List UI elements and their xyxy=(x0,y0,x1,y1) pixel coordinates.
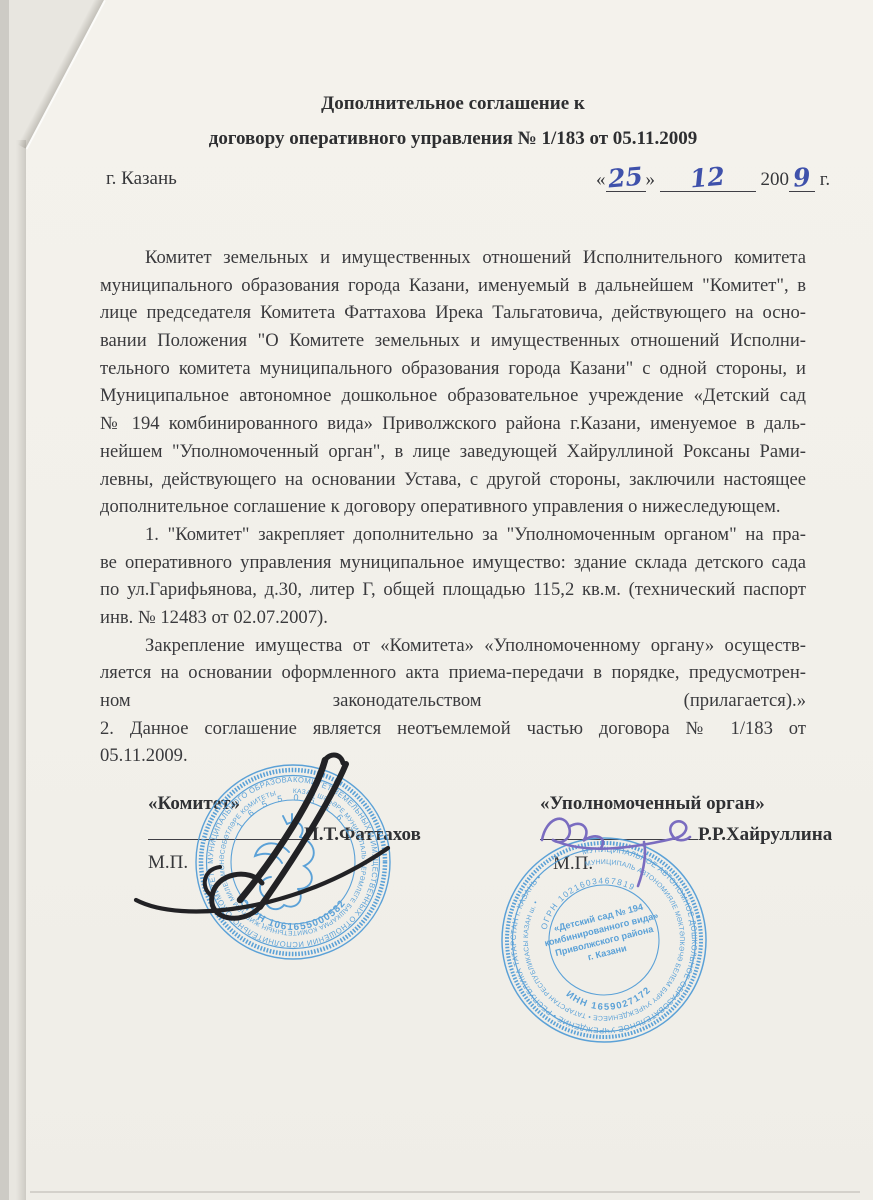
month-blank: 12 xyxy=(660,168,756,192)
date-block: «25» 12 2009 г. xyxy=(596,168,830,192)
title-line-1: Дополнительное соглашение к xyxy=(100,86,806,121)
paragraph-line: 1. "Комитет" закрепляет дополнительно за… xyxy=(100,521,806,549)
paragraph-line: инв. № 12483 от 02.07.2007). xyxy=(100,604,806,632)
scan-edge-artifact xyxy=(30,1191,860,1193)
signature-khairullina xyxy=(528,798,713,893)
paragraph-line: лице председателя Комитета Фаттахова Ире… xyxy=(100,299,806,327)
year-printed: 200 xyxy=(761,169,790,190)
paragraph-line: ном законодательством (прилагается).» xyxy=(100,687,806,715)
scanned-document-page: Дополнительное соглашение к договору опе… xyxy=(0,0,873,1200)
paragraph-line: Муниципальное автономное дошкольное обра… xyxy=(100,382,806,410)
paragraph-line: нейшем "Уполномоченный орган", в лице за… xyxy=(100,438,806,466)
right-signer-name: Р.Р.Хайруллина xyxy=(698,824,832,845)
document-body: Комитет земельных и имущественных отноше… xyxy=(100,244,806,770)
paragraph-line: тельного комитета муниципального образов… xyxy=(100,355,806,383)
title-line-2: договору оперативного управления № 1/183… xyxy=(100,121,806,156)
year-suffix: г. xyxy=(820,169,830,190)
handwritten-year-digit: 9 xyxy=(793,168,812,187)
paragraph-line: муниципального образования города Казани… xyxy=(100,272,806,300)
paragraph-line: левны, действующего на основании Устава,… xyxy=(100,466,806,494)
open-quote: « xyxy=(596,169,606,190)
year-blank: 9 xyxy=(789,168,815,192)
paragraph-line: по ул.Гарифьянова, д.30, литер Г, общей … xyxy=(100,576,806,604)
paragraph-line: 2. Данное соглашение является неотъемлем… xyxy=(100,715,806,743)
paragraph-line: № 194 комбинированного вида» Приволжског… xyxy=(100,410,806,438)
close-quote: » xyxy=(646,169,656,190)
city-label: г. Казань xyxy=(106,168,177,190)
handwritten-month: 12 xyxy=(690,168,726,189)
paragraph-line: ве оперативного управления муниципальное… xyxy=(100,549,806,577)
paragraph-line: ляется на основании оформленного акта пр… xyxy=(100,659,806,687)
handwritten-day: 25 xyxy=(607,168,643,189)
paragraph-line: вании Положения "О Комитете земельных и … xyxy=(100,327,806,355)
paragraph-line: дополнительное соглашение к договору опе… xyxy=(100,493,806,521)
paragraph-line: Закрепление имущества от «Комитета» «Упо… xyxy=(100,632,806,660)
signature-fattakhov xyxy=(120,750,410,925)
city-date-row: г. Казань «25» 12 2009 г. xyxy=(106,166,826,206)
day-blank: 25 xyxy=(606,168,646,192)
scanner-edge-strip xyxy=(0,0,9,1200)
document-title: Дополнительное соглашение к договору опе… xyxy=(100,86,806,156)
paragraph-line: Комитет земельных и имущественных отноше… xyxy=(100,244,806,272)
paper-left-edge-shadow xyxy=(16,140,26,1200)
